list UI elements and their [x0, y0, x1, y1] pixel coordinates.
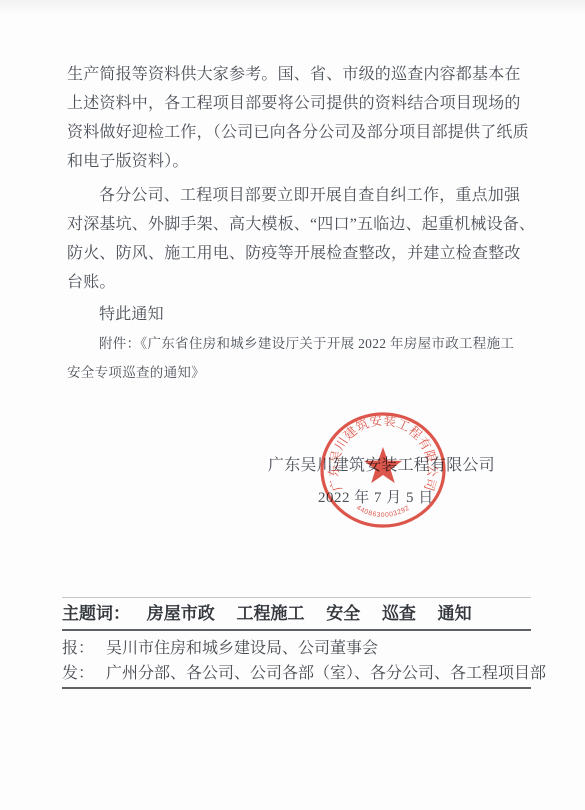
- subject-words-row: 主题词： 房屋市政 工程施工 安全 巡查 通知: [62, 597, 531, 631]
- document-body: 生产简报等资料供大家参考。国、省、市级的巡查内容都基本在 上述资料中，各工程项目…: [67, 60, 522, 387]
- closing-line: 特此通知: [67, 300, 522, 329]
- official-seal-stamp: 广东吴川建筑安装工程有限公司 4408630003292: [313, 400, 453, 540]
- body-line: 台账。: [67, 268, 522, 297]
- issue-label: 发：: [62, 665, 94, 682]
- body-line: 对深基坑、外脚手架、高大模板、“四口”五临边、起重机械设备、: [67, 210, 522, 239]
- body-line: 和电子版资料）。: [67, 147, 522, 176]
- report-to-row: 报： 吴川市住房和城乡建设局、公司董事会: [62, 631, 531, 662]
- subject-label: 主题词：: [62, 604, 130, 623]
- report-text: 吴川市住房和城乡建设局、公司董事会: [106, 640, 378, 657]
- document-footer: 主题词： 房屋市政 工程施工 安全 巡查 通知 报： 吴川市住房和城乡建设局、公…: [62, 597, 531, 689]
- subject-item: 巡查: [382, 604, 416, 623]
- subject-item: 安全: [326, 604, 360, 623]
- subject-item: 工程施工: [236, 604, 304, 623]
- svg-text:4408630003292: 4408630003292: [355, 504, 411, 519]
- body-line: 防火、防风、施工用电、防疫等开展检查整改，并建立检查整改: [67, 239, 522, 268]
- body-line: 各分公司、工程项目部要立即开展自查自纠工作，重点加强: [67, 181, 522, 210]
- body-line: 上述资料中，各工程项目部要将公司提供的资料结合项目现场的: [67, 89, 522, 118]
- seal-registration-number: 4408630003292: [355, 504, 411, 519]
- subject-item: 通知: [438, 604, 472, 623]
- subject-item: 房屋市政: [147, 604, 215, 623]
- issued-to-row: 发： 广州分部、各公司、公司各部（室）、各分公司、各工程项目部: [62, 662, 531, 689]
- body-line: 资料做好迎检工作，（公司已向各分公司及部分项目部提供了纸质: [67, 118, 522, 147]
- report-label: 报：: [62, 640, 94, 657]
- attachment-line: 安全专项巡查的通知》: [67, 358, 522, 387]
- body-line: 生产简报等资料供大家参考。国、省、市级的巡查内容都基本在: [67, 60, 522, 89]
- seal-star-icon: [364, 447, 402, 483]
- scanned-notice-page: 生产简报等资料供大家参考。国、省、市级的巡查内容都基本在 上述资料中，各工程项目…: [0, 0, 585, 810]
- attachment-line: 附件：《广东省住房和城乡建设厅关于开展 2022 年房屋市政工程施工: [67, 329, 522, 358]
- issue-text: 广州分部、各公司、公司各部（室）、各分公司、各工程项目部: [106, 665, 546, 682]
